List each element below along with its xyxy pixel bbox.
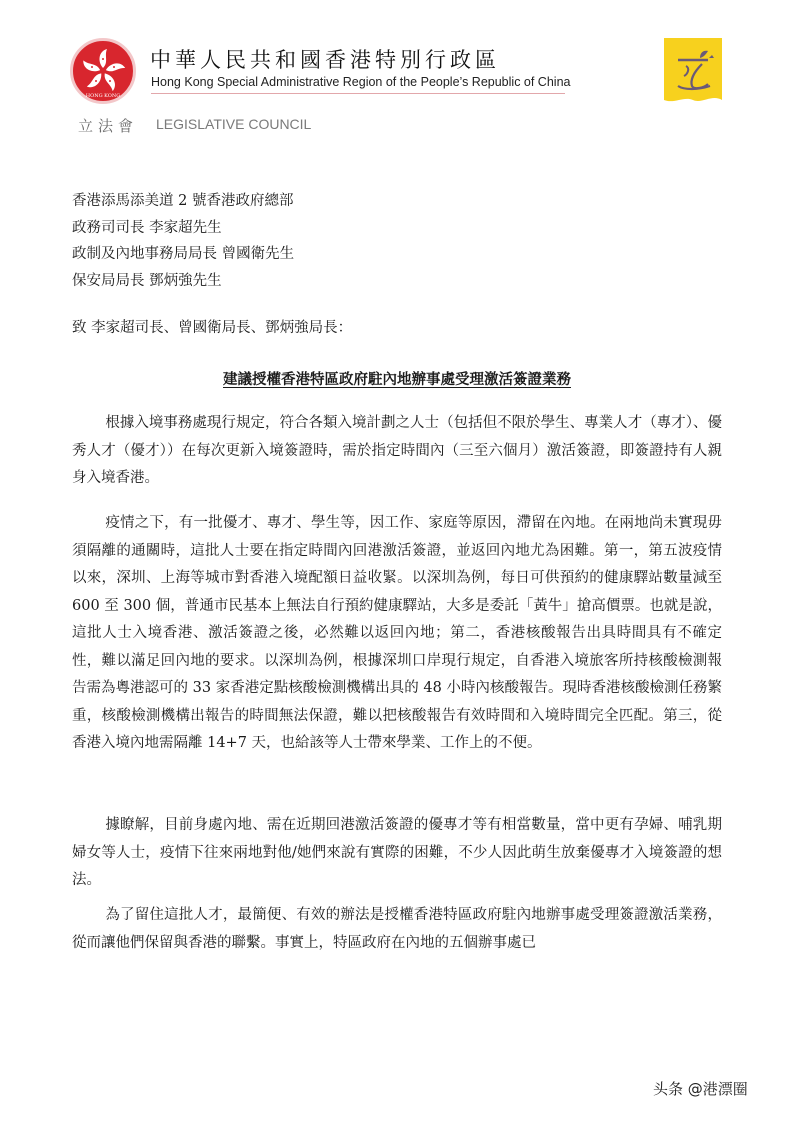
paragraph: 根據入境事務處現行規定，符合各類入境計劃之人士（包括但不限於學生、專業人才（專才… xyxy=(72,410,722,493)
address-line: 政制及內地事務局局長 曾國衛先生 xyxy=(72,241,294,268)
paragraph: 據瞭解，目前身處內地、需在近期回港激活簽證的優專才等有相當數量，當中更有孕婦、哺… xyxy=(72,812,722,895)
bauhinia-flower-icon: HONG KONG xyxy=(73,41,133,101)
recipient-address: 香港添馬添美道 2 號香港政府總部 政務司司長 李家超先生 政制及內地事務局局長… xyxy=(72,188,294,294)
address-line: 香港添馬添美道 2 號香港政府總部 xyxy=(72,188,294,215)
salutation: 致 李家超司長、曾國衛局長、鄧炳強局長： xyxy=(72,316,352,337)
government-name-en: Hong Kong Special Administrative Region … xyxy=(151,75,570,89)
paragraph: 疫情之下，有一批優才、專才、學生等，因工作、家庭等原因，滯留在內地。在兩地尚未實… xyxy=(72,510,722,758)
address-line: 政務司司長 李家超先生 xyxy=(72,215,294,242)
letterhead: HONG KONG 中華人民共和國香港特別行政區 Hong Kong Speci… xyxy=(0,0,794,140)
svg-text:HONG KONG: HONG KONG xyxy=(86,93,121,99)
hksar-emblem-icon: HONG KONG xyxy=(70,38,136,104)
paragraph: 為了留住這批人才，最簡便、有效的辦法是授權香港特區政府駐內地辦事處受理簽證激活業… xyxy=(72,902,722,957)
council-name-cn: 立法會 xyxy=(78,115,138,136)
address-line: 保安局局長 鄧炳強先生 xyxy=(72,268,294,295)
legco-logo-icon xyxy=(664,38,722,108)
council-name-en: LEGISLATIVE COUNCIL xyxy=(156,116,311,132)
document-title: 建議授權香港特區政府駐內地辦事處受理激活簽證業務 xyxy=(0,368,794,389)
government-name-cn: 中華人民共和國香港特別行政區 xyxy=(150,44,500,74)
watermark: 头条 @港漂圈 xyxy=(653,1078,748,1099)
document-title-text: 建議授權香港特區政府駐內地辦事處受理激活簽證業務 xyxy=(223,372,571,388)
letterhead-divider xyxy=(151,93,565,94)
